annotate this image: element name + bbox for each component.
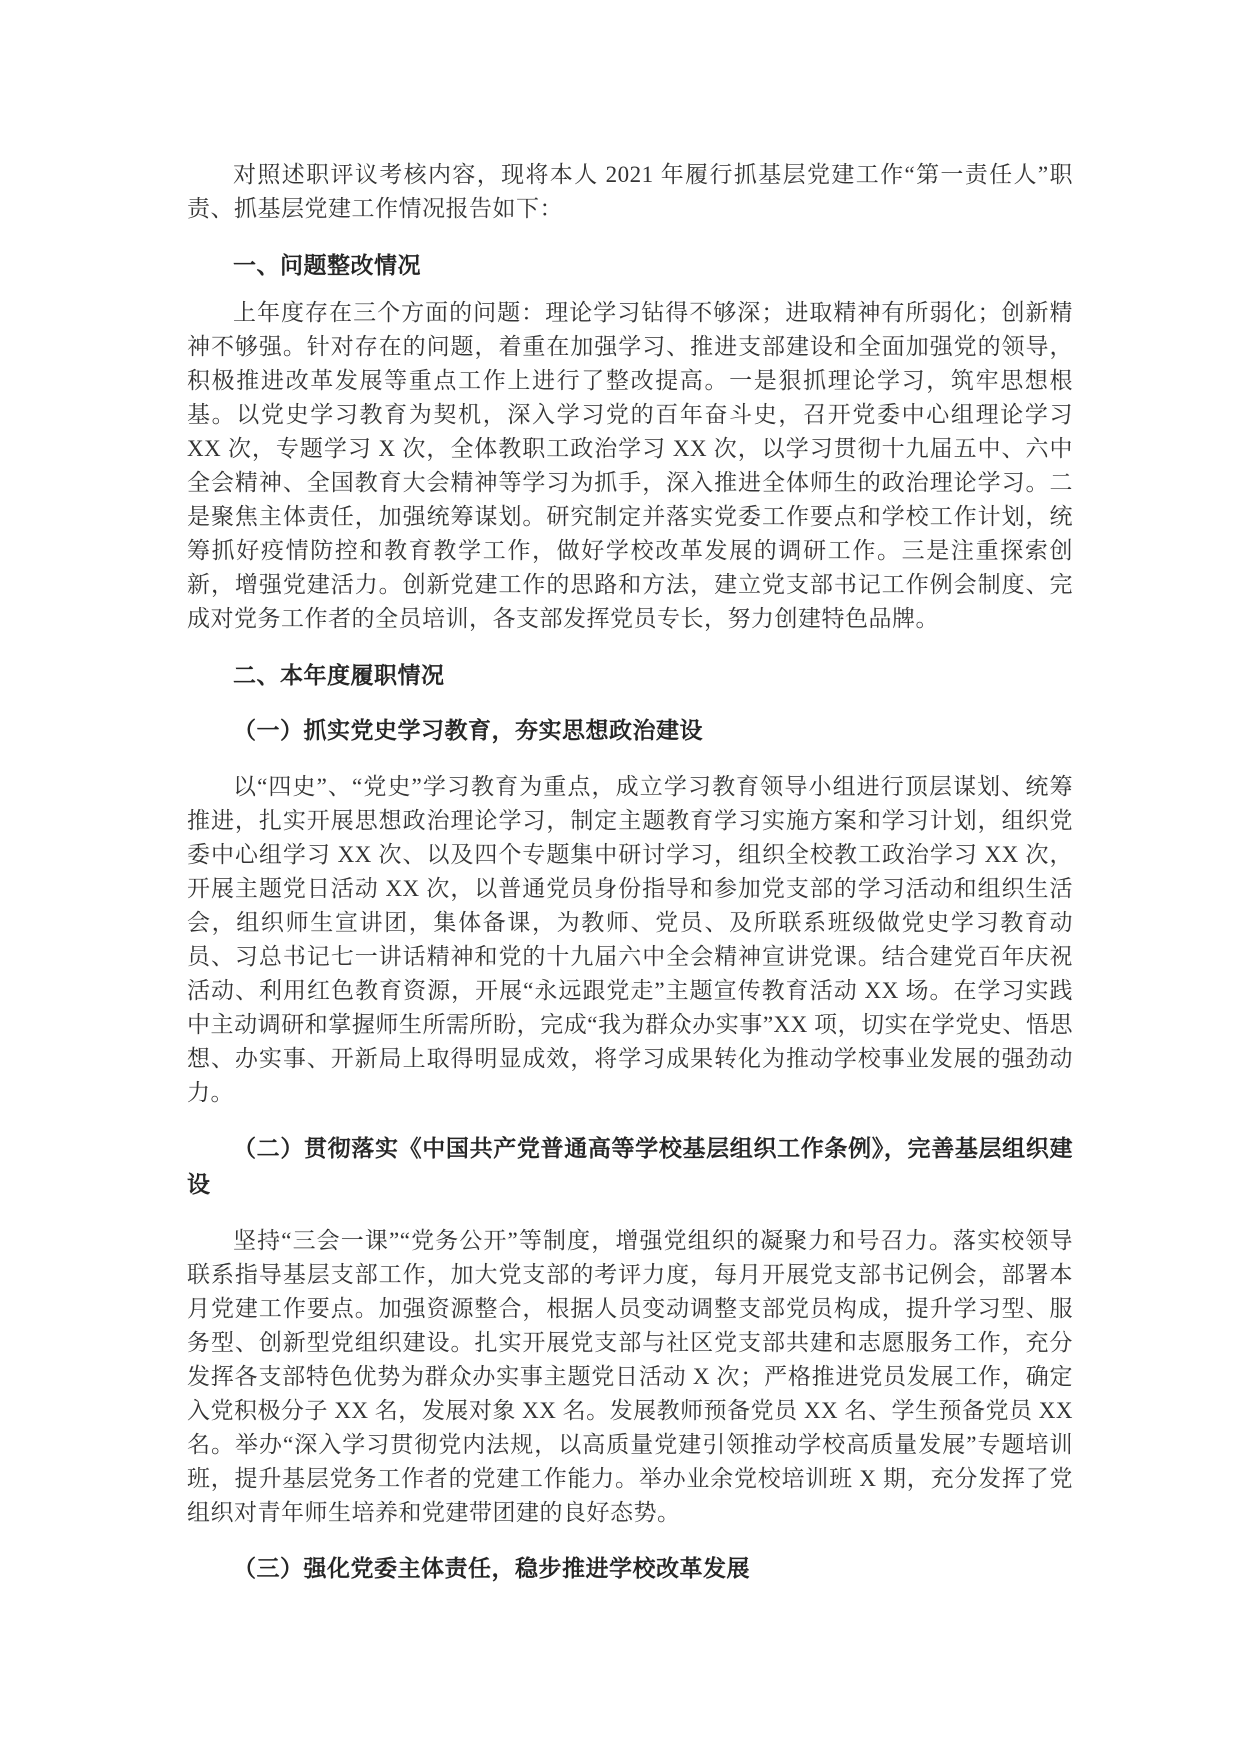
subsection-2-2-heading: （二）贯彻落实《中国共产党普通高等学校基层组织工作条例》，完善基层组织建设	[187, 1130, 1073, 1202]
subsection-2-1-heading: （一）抓实党史学习教育，夯实思想政治建设	[187, 712, 1073, 748]
subsection-2-3-heading: （三）强化党委主体责任，稳步推进学校改革发展	[187, 1550, 1073, 1586]
document-content: 对照述职评议考核内容，现将本人 2021 年履行抓基层党建工作“第一责任人”职责…	[187, 158, 1073, 1608]
section-2-heading: 二、本年度履职情况	[187, 658, 1073, 692]
subsection-2-1-paragraph: 以“四史”、“党史”学习教育为重点，成立学习教育领导小组进行顶层谋划、统筹推进，…	[187, 770, 1073, 1110]
subsection-2-2-paragraph: 坚持“三会一课”“党务公开”等制度，增强党组织的凝聚力和号召力。落实校领导联系指…	[187, 1224, 1073, 1530]
section-1-heading: 一、问题整改情况	[187, 248, 1073, 282]
intro-paragraph: 对照述职评议考核内容，现将本人 2021 年履行抓基层党建工作“第一责任人”职责…	[187, 158, 1073, 226]
document-page: 对照述职评议考核内容，现将本人 2021 年履行抓基层党建工作“第一责任人”职责…	[0, 0, 1240, 1754]
section-1-paragraph: 上年度存在三个方面的问题：理论学习钻得不够深；进取精神有所弱化；创新精神不够强。…	[187, 296, 1073, 636]
